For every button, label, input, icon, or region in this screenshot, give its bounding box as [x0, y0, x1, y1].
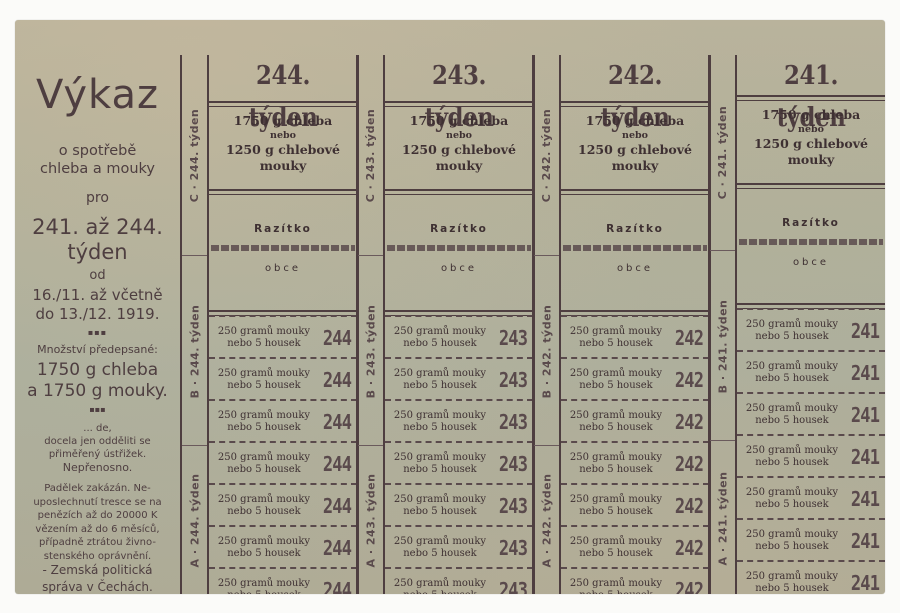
- coupon-text: 250 gramů moukynebo 5 housek: [737, 403, 845, 427]
- coupon-number: 244: [320, 494, 354, 518]
- stub-label-b: B · 244. týden: [188, 304, 201, 398]
- bread-line: mouky: [737, 152, 885, 168]
- coupon-text: 250 gramů moukynebo 5 housek: [385, 410, 493, 434]
- column-body: 244. týden 1750 g chleba nebo 1250 g chl…: [207, 55, 359, 594]
- coupon-text: 250 gramů moukynebo 5 housek: [737, 361, 845, 385]
- bread-ration[interactable]: 1750 g chleba nebo 1250 g chlebové mouky: [561, 113, 709, 174]
- flour-coupon[interactable]: 250 gramů moukynebo 5 housek241: [737, 350, 885, 394]
- bread-line: 1250 g chlebové: [209, 142, 357, 158]
- bread-line: 1250 g chlebové: [737, 136, 885, 152]
- flour-coupon[interactable]: 250 gramů moukynebo 5 housek241: [737, 560, 885, 594]
- coupon-text: 250 gramů moukynebo 5 housek: [385, 494, 493, 518]
- stamp-label: Razítko: [385, 223, 533, 235]
- flour-coupon[interactable]: 250 gramů moukynebo 5 housek242: [561, 525, 709, 569]
- date-range: 16./11. až včetně do 13./12. 1919.: [15, 286, 180, 324]
- stub-segment-b[interactable]: B · 243. týden: [358, 255, 383, 446]
- stub-segment-c[interactable]: C · 242. týden: [534, 55, 559, 255]
- week-header: 242. týden: [570, 55, 700, 101]
- bread-ration[interactable]: 1750 g chleba nebo 1250 g chlebové mouky: [385, 113, 533, 174]
- stamp-dash-bar: [563, 245, 707, 251]
- stub-segment-b[interactable]: B · 241. týden: [710, 250, 735, 441]
- coupon-text: 250 gramů moukynebo 5 housek: [385, 326, 493, 350]
- coupon-text: 250 gramů moukynebo 5 housek: [385, 452, 493, 476]
- flour-coupon[interactable]: 250 gramů moukynebo 5 housek244: [209, 441, 357, 485]
- ration-card: Výkaz o spotřebě chleba a mouky pro 241.…: [15, 20, 885, 594]
- coupon-number: 241: [848, 571, 882, 594]
- coupon-number: 244: [320, 326, 354, 350]
- coupon-text: 250 gramů moukynebo 5 housek: [209, 326, 317, 350]
- coupon-text: 250 gramů moukynebo 5 housek: [385, 536, 493, 560]
- coupon-text: 250 gramů moukynebo 5 housek: [737, 445, 845, 469]
- divider: [385, 189, 533, 195]
- divider: [737, 95, 885, 101]
- bread-line: nebo: [737, 123, 885, 136]
- note-line: docela jen odděliti se: [19, 435, 176, 448]
- weeks-range: 241. až 244. týden: [15, 215, 180, 265]
- flour-coupon[interactable]: 250 gramů moukynebo 5 housek243: [385, 441, 533, 485]
- coupon-number: 243: [496, 410, 530, 434]
- document-title: Výkaz: [15, 72, 180, 118]
- document-subtitle: o spotřebě chleba a mouky: [15, 142, 180, 178]
- od-label: od: [15, 268, 180, 283]
- coupon-text: 250 gramů moukynebo 5 housek: [561, 368, 669, 392]
- bread-ration[interactable]: 1750 g chleba nebo 1250 g chlebové mouky: [737, 107, 885, 168]
- coupon-number: 243: [496, 536, 530, 560]
- bread-line: 1750 g chleba: [561, 113, 709, 129]
- flour-coupon[interactable]: 250 gramů moukynebo 5 housek241: [737, 434, 885, 478]
- coupon-number: 242: [672, 536, 706, 560]
- note-line: přiměřený ústřižek.: [19, 448, 176, 461]
- stub-segment-b[interactable]: B · 242. týden: [534, 255, 559, 446]
- coupon-number: 243: [496, 368, 530, 392]
- stub-label-a: A · 242. týden: [540, 474, 553, 568]
- column-body: 243. týden 1750 g chleba nebo 1250 g chl…: [383, 55, 535, 594]
- bread-line: nebo: [385, 129, 533, 142]
- flour-coupon[interactable]: 250 gramů moukynebo 5 housek242: [561, 483, 709, 527]
- stamp-sub-label: obce: [737, 257, 885, 268]
- stub-label-b: B · 242. týden: [540, 304, 553, 398]
- stub-segment-b[interactable]: B · 244. týden: [182, 255, 207, 446]
- stamp-sub-label: obce: [561, 263, 709, 274]
- coupon-number: 243: [496, 578, 530, 594]
- detach-note: ... de, docela jen odděliti se přiměřený…: [19, 422, 176, 474]
- bread-ration[interactable]: 1750 g chleba nebo 1250 g chlebové mouky: [209, 113, 357, 174]
- flour-coupon[interactable]: 250 gramů moukynebo 5 housek243: [385, 525, 533, 569]
- weeks-range-line: 241. až 244.: [15, 215, 180, 240]
- flour-coupon[interactable]: 250 gramů moukynebo 5 housek242: [561, 441, 709, 485]
- stamp-label: Razítko: [561, 223, 709, 235]
- stub-label-c: C · 241. týden: [716, 106, 729, 199]
- flour-coupon[interactable]: 250 gramů moukynebo 5 housek241: [737, 476, 885, 520]
- stub-label-c: C · 243. týden: [364, 108, 377, 201]
- divider: [737, 183, 885, 189]
- divider: [209, 101, 357, 107]
- flour-coupon[interactable]: 250 gramů moukynebo 5 housek242: [561, 399, 709, 443]
- stub-label-b: B · 241. týden: [716, 299, 729, 393]
- column-stub: C · 244. týden B · 244. týden A · 244. t…: [180, 55, 207, 594]
- column-body: 242. týden 1750 g chleba nebo 1250 g chl…: [559, 55, 711, 594]
- stub-label-a: A · 241. týden: [716, 471, 729, 565]
- stamp-dash-bar: [387, 245, 531, 251]
- column-stub: C · 241. týden B · 241. týden A · 241. t…: [708, 55, 735, 594]
- coupon-text: 250 gramů moukynebo 5 housek: [737, 529, 845, 553]
- coupon-number: 242: [672, 368, 706, 392]
- column-stub: C · 242. týden B · 242. týden A · 242. t…: [532, 55, 559, 594]
- flour-coupon[interactable]: 250 gramů moukynebo 5 housek243: [385, 315, 533, 359]
- coupon-number: 244: [320, 536, 354, 560]
- flour-coupon[interactable]: 250 gramů moukynebo 5 housek243: [385, 567, 533, 594]
- warning-line: případně ztrátou živno-: [19, 536, 176, 550]
- stub-label-a: A · 244. týden: [188, 474, 201, 568]
- coupon-number: 241: [848, 487, 882, 511]
- subtitle-line: chleba a mouky: [15, 160, 180, 178]
- coupon-number: 241: [848, 529, 882, 553]
- authority-line: správa v Čechách.: [19, 579, 176, 594]
- coupon-number: 241: [848, 361, 882, 385]
- date-line: 16./11. až včetně: [15, 286, 180, 305]
- stub-segment-a[interactable]: A · 244. týden: [182, 445, 207, 594]
- coupon-number: 242: [672, 578, 706, 594]
- column-stub: C · 243. týden B · 243. týden A · 243. t…: [356, 55, 383, 594]
- legal-warning: Padělek zakázán. Ne- uposlechnutí tresce…: [19, 482, 176, 563]
- week-header: 244. týden: [218, 55, 348, 101]
- coupon-text: 250 gramů moukynebo 5 housek: [561, 326, 669, 350]
- bread-line: 1750 g chleba: [209, 113, 357, 129]
- stub-label-c: C · 244. týden: [188, 108, 201, 201]
- coupon-text: 250 gramů moukynebo 5 housek: [561, 494, 669, 518]
- coupon-text: 250 gramů moukynebo 5 housek: [561, 410, 669, 434]
- coupon-number: 243: [496, 326, 530, 350]
- note-line: ... de,: [19, 422, 176, 435]
- column-body: 241. týden 1750 g chleba nebo 1250 g chl…: [735, 55, 885, 594]
- quantity-label: Množství předepsané:: [15, 343, 180, 356]
- coupon-number: 243: [496, 452, 530, 476]
- coupon-text: 250 gramů moukynebo 5 housek: [209, 452, 317, 476]
- subtitle-line: o spotřebě: [15, 142, 180, 160]
- coupon-text: 250 gramů moukynebo 5 housek: [737, 487, 845, 511]
- flour-coupon[interactable]: 250 gramů moukynebo 5 housek241: [737, 392, 885, 436]
- coupon-text: 250 gramů moukynebo 5 housek: [385, 578, 493, 594]
- flour-coupon[interactable]: 250 gramů moukynebo 5 housek244: [209, 315, 357, 359]
- stamp-dash-bar: [211, 245, 355, 251]
- stub-segment-c[interactable]: C · 243. týden: [358, 55, 383, 255]
- issuing-authority: - Zemská politická správa v Čechách.: [19, 562, 176, 594]
- coupon-text: 250 gramů moukynebo 5 housek: [209, 494, 317, 518]
- stub-segment-a[interactable]: A · 242. týden: [534, 445, 559, 594]
- bread-line: mouky: [385, 158, 533, 174]
- flour-coupon[interactable]: 250 gramů moukynebo 5 housek242: [561, 315, 709, 359]
- weeks-range-line: týden: [15, 240, 180, 265]
- stamp-sub-label: obce: [209, 263, 357, 274]
- pro-label: pro: [15, 190, 180, 206]
- stamp-dash-bar: [739, 239, 883, 245]
- coupon-text: 250 gramů moukynebo 5 housek: [737, 319, 845, 343]
- flour-coupon[interactable]: 250 gramů moukynebo 5 housek243: [385, 483, 533, 527]
- coupon-number: 242: [672, 410, 706, 434]
- stub-segment-a[interactable]: A · 243. týden: [358, 445, 383, 594]
- warning-line: vězením až do 6 měsíců,: [19, 523, 176, 537]
- coupon-text: 250 gramů moukynebo 5 housek: [209, 368, 317, 392]
- coupon-text: 250 gramů moukynebo 5 housek: [209, 410, 317, 434]
- divider: [209, 189, 357, 195]
- ornament-icon: ▪▪▪: [15, 405, 180, 414]
- bread-line: 1250 g chlebové: [561, 142, 709, 158]
- coupon-number: 244: [320, 410, 354, 434]
- flour-coupon[interactable]: 250 gramů moukynebo 5 housek242: [561, 567, 709, 594]
- stamp-label: Razítko: [737, 217, 885, 229]
- stamp-label: Razítko: [209, 223, 357, 235]
- divider: [561, 189, 709, 195]
- warning-line: penězích až do 20000 K: [19, 509, 176, 523]
- coupon-text: 250 gramů moukynebo 5 housek: [561, 536, 669, 560]
- bread-line: mouky: [209, 158, 357, 174]
- stub-label-b: B · 243. týden: [364, 304, 377, 398]
- flour-coupon[interactable]: 250 gramů moukynebo 5 housek244: [209, 525, 357, 569]
- coupon-number: 244: [320, 578, 354, 594]
- quantity-line: 1750 g chleba: [15, 360, 180, 381]
- divider: [385, 101, 533, 107]
- coupon-number: 244: [320, 452, 354, 476]
- flour-coupon[interactable]: 250 gramů moukynebo 5 housek244: [209, 567, 357, 594]
- coupon-number: 244: [320, 368, 354, 392]
- flour-coupon[interactable]: 250 gramů moukynebo 5 housek241: [737, 518, 885, 562]
- stub-segment-c[interactable]: C · 241. týden: [710, 55, 735, 250]
- ornament-icon: ▪▪▪: [15, 328, 180, 337]
- stub-segment-a[interactable]: A · 241. týden: [710, 440, 735, 594]
- coupon-number: 242: [672, 326, 706, 350]
- coupon-number: 242: [672, 494, 706, 518]
- coupon-number: 243: [496, 494, 530, 518]
- warning-line: stenského oprávnění.: [19, 550, 176, 564]
- coupon-text: 250 gramů moukynebo 5 housek: [385, 368, 493, 392]
- flour-coupon[interactable]: 250 gramů moukynebo 5 housek243: [385, 357, 533, 401]
- flour-coupon[interactable]: 250 gramů moukynebo 5 housek244: [209, 399, 357, 443]
- warning-line: Padělek zakázán. Ne-: [19, 482, 176, 496]
- bread-line: 1750 g chleba: [385, 113, 533, 129]
- coupon-text: 250 gramů moukynebo 5 housek: [209, 536, 317, 560]
- coupon-number: 241: [848, 319, 882, 343]
- bread-line: nebo: [209, 129, 357, 142]
- flour-coupon[interactable]: 250 gramů moukynebo 5 housek241: [737, 308, 885, 352]
- authority-line: - Zemská politická: [19, 562, 176, 579]
- coupon-number: 241: [848, 445, 882, 469]
- warning-line: uposlechnutí tresce se na: [19, 496, 176, 510]
- note-line: Nepřenosno.: [19, 461, 176, 474]
- stub-label-a: A · 243. týden: [364, 474, 377, 568]
- stamp-sub-label: obce: [385, 263, 533, 274]
- date-line: do 13./12. 1919.: [15, 305, 180, 324]
- flour-coupon[interactable]: 250 gramů moukynebo 5 housek244: [209, 483, 357, 527]
- bread-line: 1250 g chlebové: [385, 142, 533, 158]
- bread-line: nebo: [561, 129, 709, 142]
- week-header: 243. týden: [394, 55, 524, 101]
- coupon-text: 250 gramů moukynebo 5 housek: [561, 452, 669, 476]
- stub-label-c: C · 242. týden: [540, 108, 553, 201]
- coupon-number: 242: [672, 452, 706, 476]
- coupon-number: 241: [848, 403, 882, 427]
- coupon-text: 250 gramů moukynebo 5 housek: [561, 578, 669, 594]
- info-panel: Výkaz o spotřebě chleba a mouky pro 241.…: [15, 20, 180, 594]
- divider: [561, 101, 709, 107]
- quantity-value: 1750 g chleba a 1750 g mouky.: [15, 360, 180, 402]
- bread-line: 1750 g chleba: [737, 107, 885, 123]
- flour-coupon[interactable]: 250 gramů moukynebo 5 housek244: [209, 357, 357, 401]
- quantity-line: a 1750 g mouky.: [15, 381, 180, 402]
- coupon-text: 250 gramů moukynebo 5 housek: [209, 578, 317, 594]
- bread-line: mouky: [561, 158, 709, 174]
- stub-segment-c[interactable]: C · 244. týden: [182, 55, 207, 255]
- flour-coupon[interactable]: 250 gramů moukynebo 5 housek242: [561, 357, 709, 401]
- flour-coupon[interactable]: 250 gramů moukynebo 5 housek243: [385, 399, 533, 443]
- coupon-text: 250 gramů moukynebo 5 housek: [737, 571, 845, 594]
